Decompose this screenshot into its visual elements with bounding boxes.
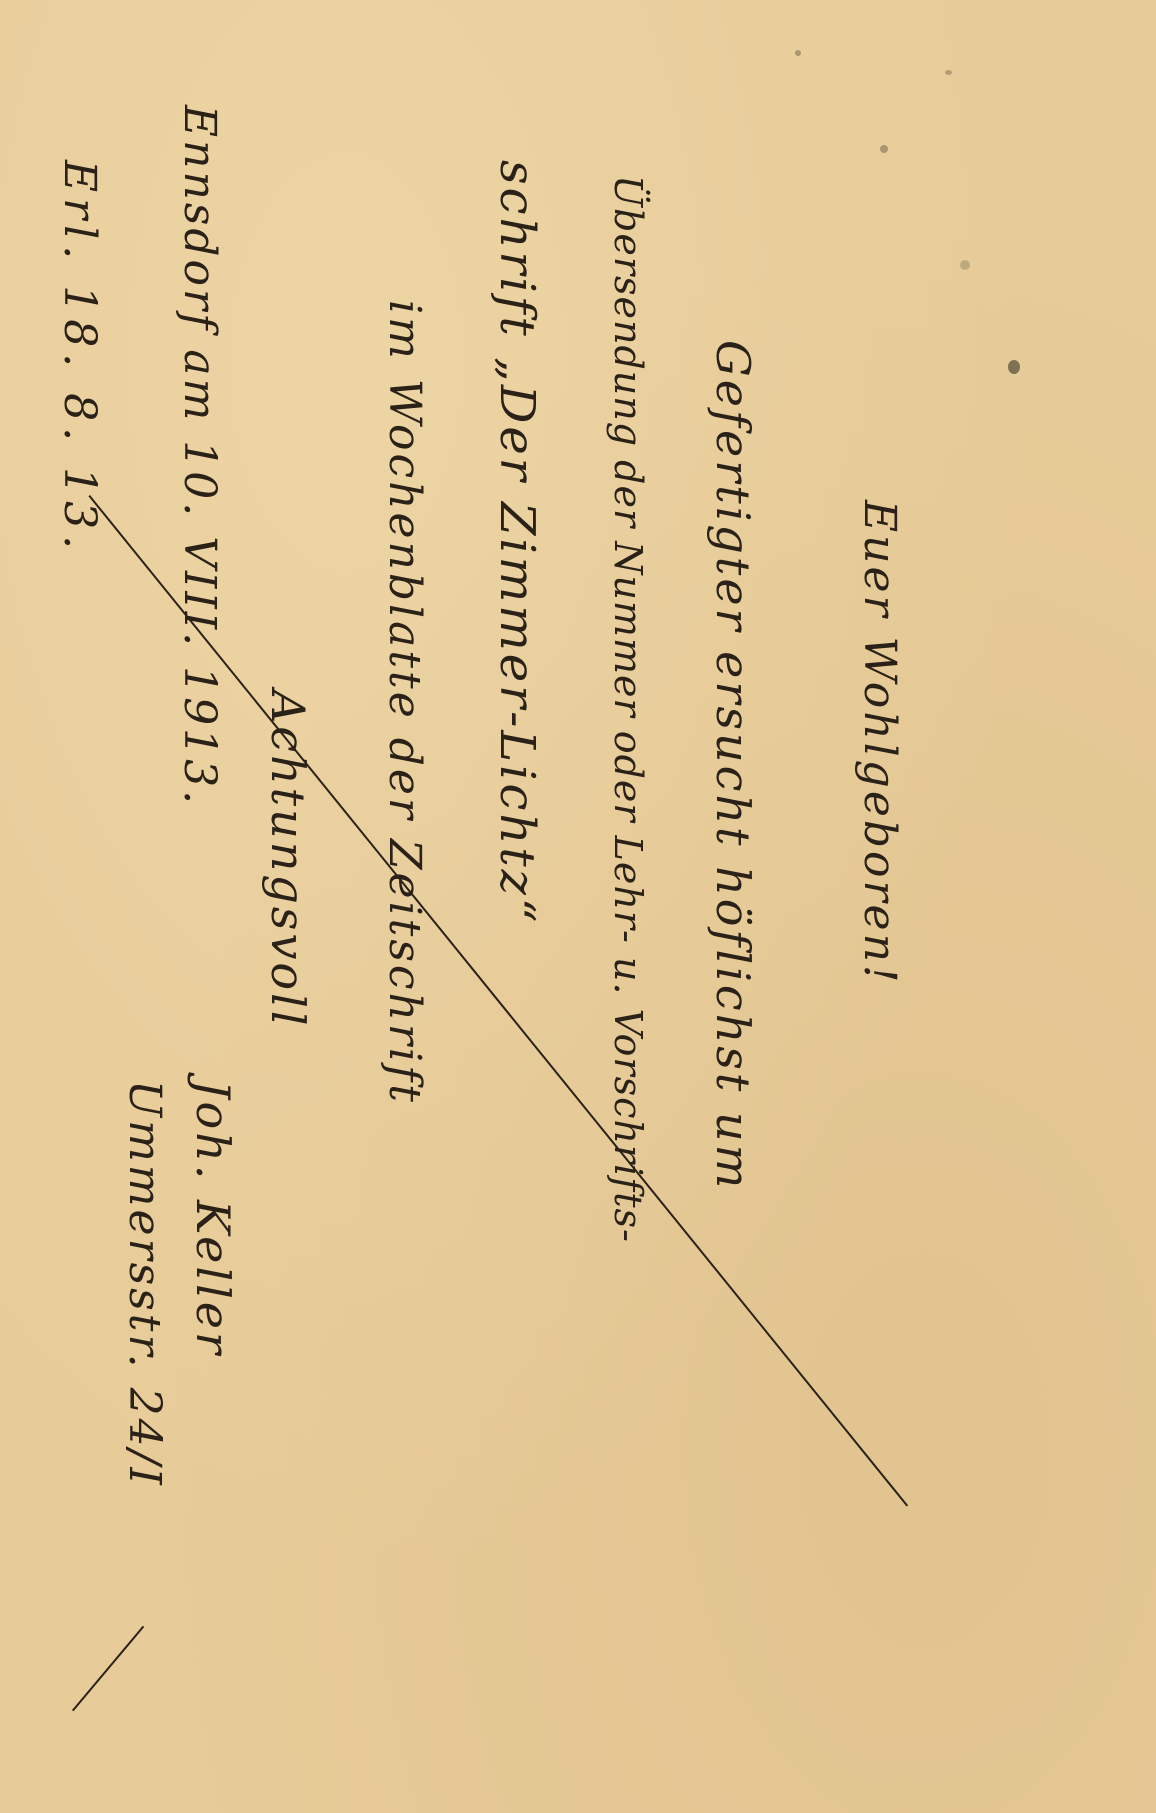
- ink-speck: [960, 260, 970, 270]
- place-date-line: Ennsdorf am 10. VIII. 1913.: [174, 105, 225, 807]
- ink-speck: [945, 70, 952, 75]
- salutation-line: Euer Wohlgeboren!: [854, 500, 905, 986]
- address-line: Ummersstr. 24/I: [119, 1080, 170, 1488]
- ink-speck: [880, 145, 888, 153]
- body-line-1: Gefertigter ersucht höflichst um: [706, 340, 760, 1191]
- body-line-4: im Wochenblatte der Zeitschrift: [379, 300, 430, 1105]
- signature: Joh. Keller: [186, 1080, 240, 1357]
- ink-speck: [795, 50, 801, 56]
- body-line-2: Übersendung der Nummer oder Lehr- u. Vor…: [606, 175, 650, 1243]
- body-line-3: schrift „Der Zimmer-Lichtz“: [489, 160, 545, 925]
- receipt-date-note: Erl. 18. 8. 13.: [54, 160, 105, 555]
- ink-speck: [1008, 360, 1020, 374]
